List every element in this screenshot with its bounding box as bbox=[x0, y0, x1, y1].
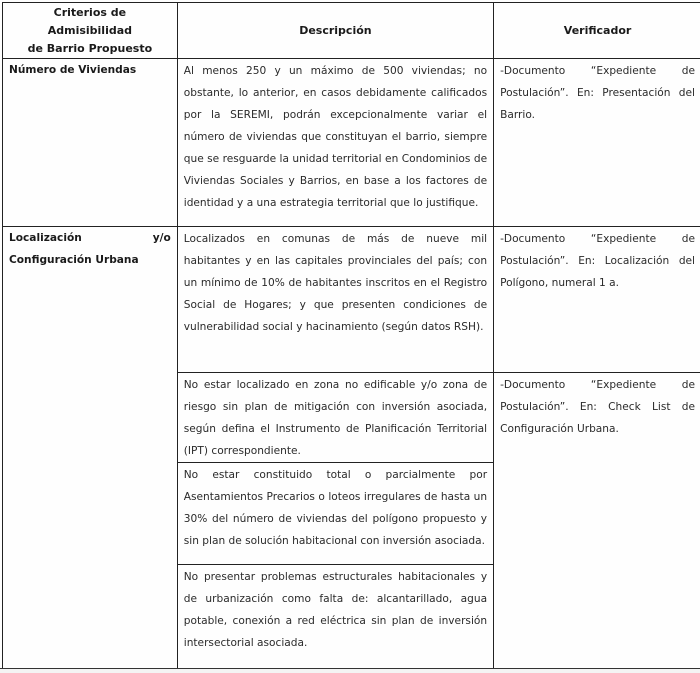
verifier-cell: -Documento “Expediente de Postulación”. … bbox=[494, 59, 700, 227]
header-criterion-line: Admisibilidad bbox=[9, 22, 171, 40]
table-row: Número de Viviendas Al menos 250 y un má… bbox=[3, 59, 700, 227]
header-criterion-line: Criterios de bbox=[9, 4, 171, 22]
description-cell: No estar constituido total o parcialment… bbox=[177, 463, 493, 565]
header-description: Descripción bbox=[177, 3, 493, 59]
description-text: No presentar problemas estructurales hab… bbox=[184, 565, 487, 654]
verifier-text: -Documento “Expediente de Postulación”. … bbox=[500, 227, 695, 294]
description-cell: Al menos 250 y un máximo de 500 vivienda… bbox=[177, 59, 493, 227]
header-criterion: Criterios de Admisibilidad de Barrio Pro… bbox=[3, 3, 178, 59]
description-text: No estar constituido total o parcialment… bbox=[184, 463, 487, 552]
criterion-cell: Número de Viviendas bbox=[3, 59, 178, 227]
verifier-cell: -Documento “Expediente de Postulación”. … bbox=[494, 373, 700, 671]
description-cell: No estar localizado en zona no edificabl… bbox=[177, 373, 493, 463]
criterion-label-line: Configuración Urbana bbox=[9, 249, 171, 271]
verifier-text: -Documento “Expediente de Postulación”. … bbox=[500, 373, 695, 440]
header-verifier: Verificador bbox=[494, 3, 700, 59]
admissibility-criteria-table: Criterios de Admisibilidad de Barrio Pro… bbox=[2, 2, 700, 671]
table-row: Localización y/o Configuración Urbana Lo… bbox=[3, 227, 700, 373]
criterion-label-line: Localización y/o bbox=[9, 227, 171, 249]
criterion-label-part: Localización bbox=[9, 227, 82, 249]
table-header-row: Criterios de Admisibilidad de Barrio Pro… bbox=[3, 3, 700, 59]
description-cell: Localizados en comunas de más de nueve m… bbox=[177, 227, 493, 373]
description-text: Al menos 250 y un máximo de 500 vivienda… bbox=[184, 59, 487, 214]
description-text: No estar localizado en zona no edificabl… bbox=[184, 373, 487, 462]
criterion-label: Número de Viviendas bbox=[9, 59, 171, 81]
criterion-label-part: y/o bbox=[153, 227, 171, 249]
description-text: Localizados en comunas de más de nueve m… bbox=[184, 227, 487, 338]
document-page: Criterios de Admisibilidad de Barrio Pro… bbox=[0, 0, 700, 673]
description-cell: No presentar problemas estructurales hab… bbox=[177, 565, 493, 671]
page-bottom-edge bbox=[0, 668, 700, 673]
criterion-cell: Localización y/o Configuración Urbana bbox=[3, 227, 178, 671]
verifier-cell: -Documento “Expediente de Postulación”. … bbox=[494, 227, 700, 373]
verifier-text: -Documento “Expediente de Postulación”. … bbox=[500, 59, 695, 126]
header-criterion-line: de Barrio Propuesto bbox=[9, 40, 171, 58]
